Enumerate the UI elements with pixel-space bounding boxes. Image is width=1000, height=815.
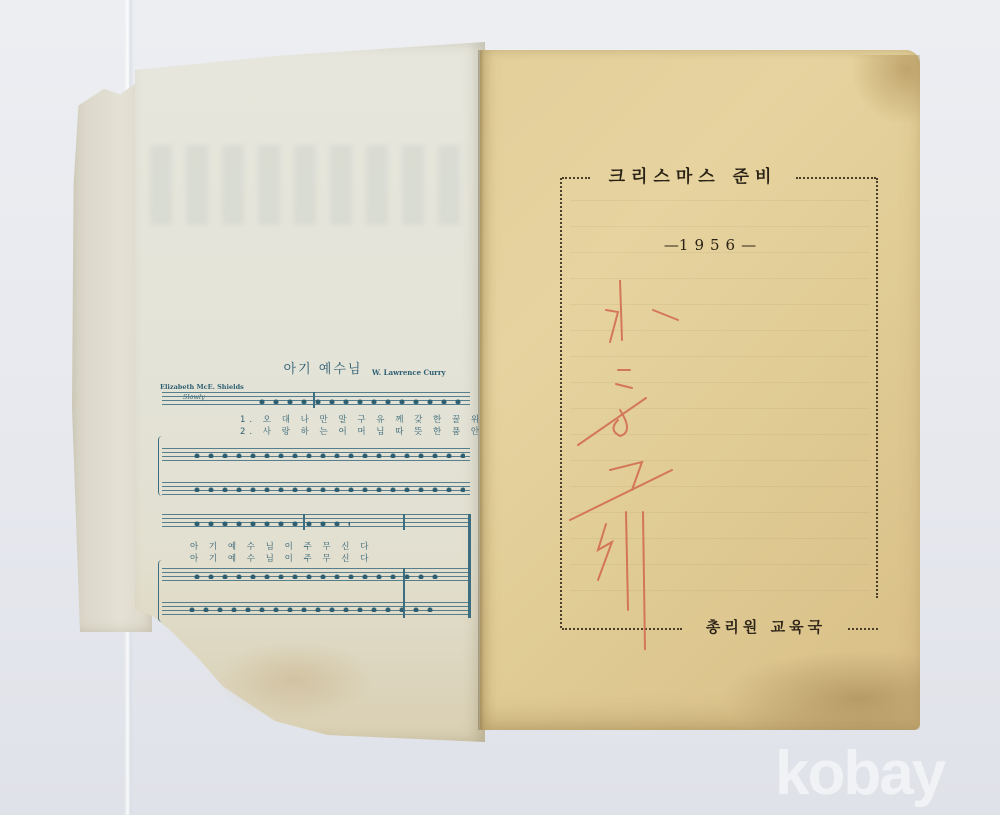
photo-scene: 아기 예수님 W. Lawrence Curry Elizabeth McE. … <box>0 0 1000 815</box>
decorative-frame-top <box>796 177 876 179</box>
notes-row <box>255 388 465 404</box>
decorative-frame-right <box>876 178 878 598</box>
decorative-frame-top <box>562 177 590 179</box>
red-pencil-handwriting <box>568 280 688 650</box>
publication-year: —1956— <box>640 236 780 254</box>
gutter-shadow <box>478 50 484 730</box>
bottom-stain <box>720 650 920 730</box>
year-text: 1956 <box>679 236 741 254</box>
publisher: 총리원 교육국 <box>684 616 848 637</box>
lyricist-credit: Elizabeth McE. Shields <box>160 383 244 391</box>
barline <box>303 514 305 530</box>
notes-row <box>190 510 350 526</box>
water-stain <box>215 640 375 720</box>
notes-row <box>190 476 465 492</box>
song-title: 아기 예수님 <box>268 358 378 377</box>
notes-row <box>190 442 465 458</box>
barline <box>403 514 405 530</box>
watermark: kobay <box>775 738 944 809</box>
lyrics-verse-1: 아 기 예 수 님 이 주 무 신 다 <box>190 540 372 552</box>
book-title: 크리스마스 준비 <box>590 162 796 187</box>
corner-stain <box>850 55 920 125</box>
bleed-through-title <box>150 145 470 225</box>
decorative-frame-bottom <box>848 628 878 630</box>
barline <box>403 568 405 618</box>
decorative-frame-left <box>560 178 562 628</box>
composer-credit: W. Lawrence Curry <box>372 368 446 377</box>
barline <box>313 392 315 408</box>
final-barline <box>468 514 471 618</box>
notes-row <box>185 596 440 612</box>
